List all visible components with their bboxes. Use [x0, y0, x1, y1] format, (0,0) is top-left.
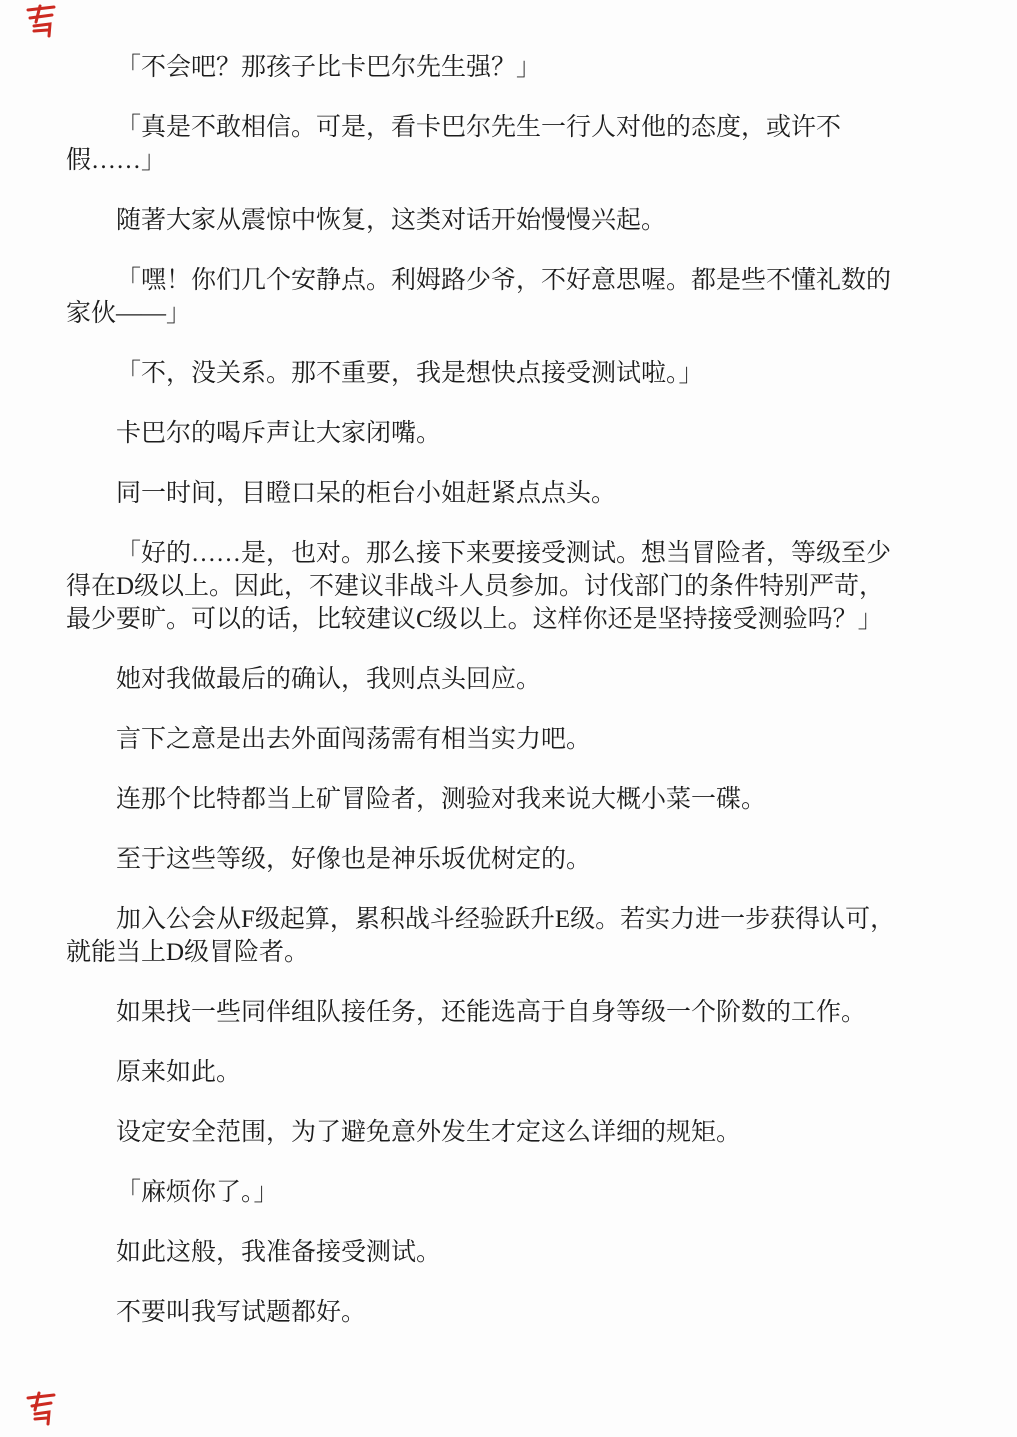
- narration-paragraph: 言下之意是出去外面闯荡需有相当实力吧。: [66, 723, 910, 756]
- narration-paragraph: 随著大家从震惊中恢复，这类对话开始慢慢兴起。: [66, 204, 910, 237]
- narration-paragraph: 如此这般，我准备接受测试。: [66, 1236, 910, 1269]
- dialogue-paragraph: 「不，没关系。那不重要，我是想快点接受测试啦。」: [66, 357, 910, 390]
- narration-paragraph: 连那个比特都当上矿冒险者，测验对我来说大概小菜一碟。: [66, 783, 910, 816]
- narration-paragraph: 同一时间，目瞪口呆的柜台小姐赶紧点点头。: [66, 477, 910, 510]
- narration-paragraph: 卡巴尔的喝斥声让大家闭嘴。: [66, 417, 910, 450]
- dialogue-paragraph: 「不会吧？那孩子比卡巴尔先生强？」: [66, 51, 910, 84]
- narration-paragraph: 加入公会从F级起算，累积战斗经验跃升E级。若实力进一步获得认可， 就能当上D级冒…: [66, 903, 910, 969]
- dialogue-paragraph: 「真是不敢相信。可是，看卡巴尔先生一行人对他的态度，或许不 假……」: [66, 111, 910, 177]
- dialogue-paragraph: 「嘿！你们几个安静点。利姆路少爷，不好意思喔。都是些不懂礼数的 家伙——」: [66, 264, 910, 330]
- dialogue-paragraph: 「好的……是，也对。那么接下来要接受测试。想当冒险者，等级至少 得在D级以上。因…: [66, 537, 910, 636]
- dialogue-paragraph: 「麻烦你了。」: [66, 1176, 910, 1209]
- narration-paragraph: 原来如此。: [66, 1056, 910, 1089]
- narration-paragraph: 她对我做最后的确认，我则点头回应。: [66, 663, 910, 696]
- red-edge-mark-bottom-icon: [24, 1388, 60, 1428]
- text-column: 「不会吧？那孩子比卡巴尔先生强？」 「真是不敢相信。可是，看卡巴尔先生一行人对他…: [66, 51, 910, 1356]
- narration-paragraph: 设定安全范围，为了避免意外发生才定这么详细的规矩。: [66, 1116, 910, 1149]
- novel-page: 「不会吧？那孩子比卡巴尔先生强？」 「真是不敢相信。可是，看卡巴尔先生一行人对他…: [0, 0, 1017, 1437]
- narration-paragraph: 至于这些等级，好像也是神乐坂优树定的。: [66, 843, 910, 876]
- red-edge-mark-top-icon: [24, 2, 60, 42]
- narration-paragraph: 如果找一些同伴组队接任务，还能选高于自身等级一个阶数的工作。: [66, 996, 910, 1029]
- narration-paragraph: 不要叫我写试题都好。: [66, 1296, 910, 1329]
